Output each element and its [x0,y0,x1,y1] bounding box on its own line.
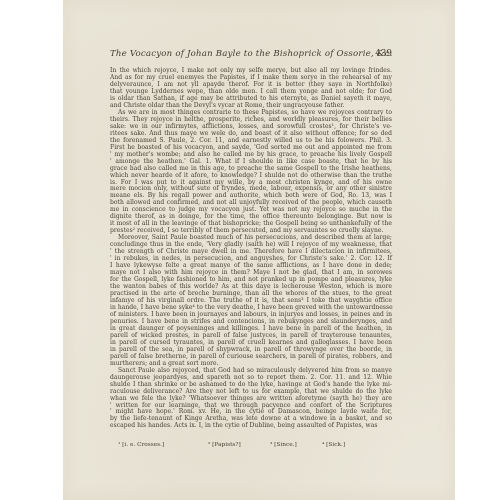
footnote-3: ³ [Since.] [270,441,297,449]
body-text: In the which rejoyce, I make not only my… [110,68,392,430]
screenshot-root: { "document": { "header": { "title": "Th… [0,0,500,500]
text-line: escaped his handes. Acts ix. I, in the c… [110,423,392,430]
footnote-4: ⁴ [Sick.] [322,441,345,449]
footnotes-row: ¹ [i. e. Crosses.] ² [Papists?] ³ [Since… [110,441,392,449]
running-header-title: The Vocacyon of Johan Bayle to the Bisho… [110,48,392,60]
footnote-2: ² [Papists?] [208,441,241,449]
scanned-book-page: The Vocacyon of Johan Bayle to the Bisho… [63,0,455,500]
running-header: The Vocacyon of Johan Bayle to the Bisho… [110,48,392,60]
footnote-1: ¹ [i. e. Crosses.] [118,441,164,449]
page-number: 439 [375,48,392,60]
